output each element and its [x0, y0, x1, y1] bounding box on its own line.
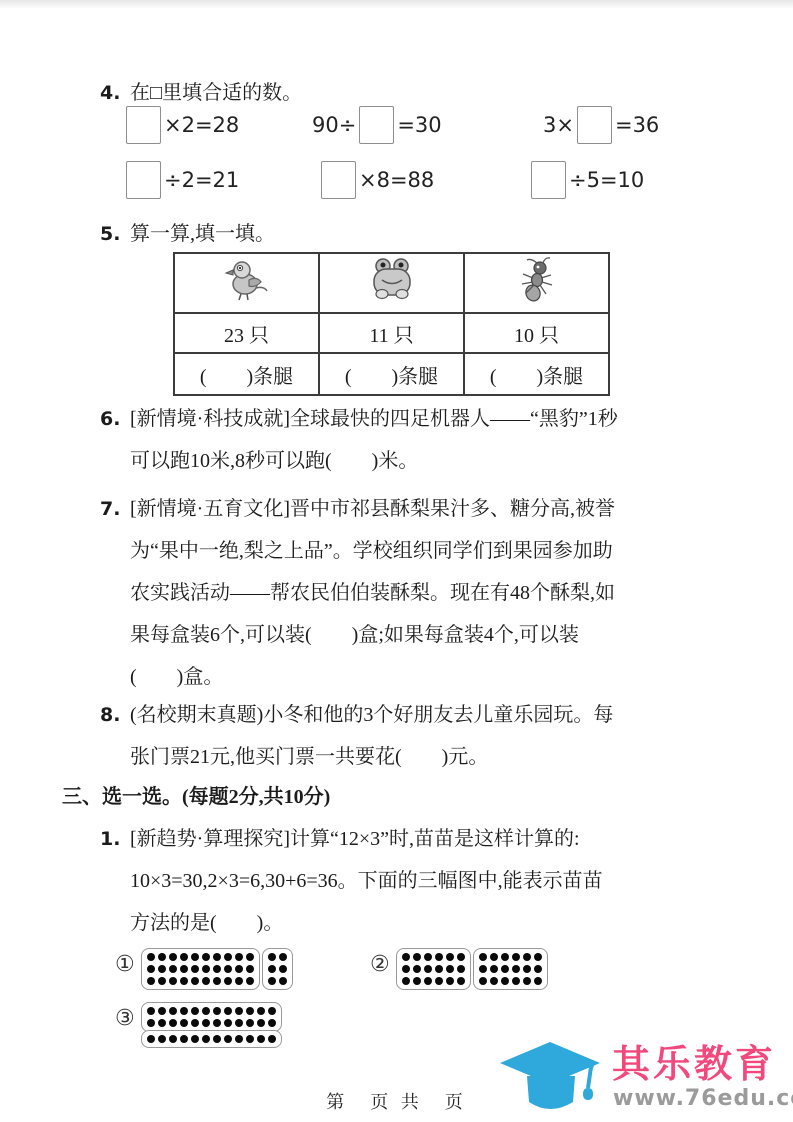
equation-6: ÷5=10 — [528, 161, 644, 199]
question-8-line: (名校期末真题)小冬和他的3个好朋友去儿童乐园玩。每 — [130, 694, 740, 736]
count-bird: 23 只 — [174, 313, 319, 353]
dot-group — [141, 948, 260, 990]
choice-question-1-line: [新趋势·算理探究]计算“12×3”时,苗苗是这样计算的: — [130, 818, 740, 860]
dot — [246, 977, 254, 985]
question-8-number: 8. — [100, 694, 120, 736]
equation-1-post: ×2=28 — [164, 113, 239, 137]
dot — [235, 1019, 243, 1027]
question-7-line: 为“果中一绝,梨之上品”。学校组织同学们到果园参加助 — [130, 530, 740, 572]
dot — [268, 953, 276, 961]
dot — [446, 977, 454, 985]
answer-box — [577, 106, 612, 144]
dot — [169, 953, 177, 961]
dot — [490, 977, 498, 985]
dot — [534, 953, 542, 961]
dot — [202, 965, 210, 973]
dot — [147, 1019, 155, 1027]
dot — [169, 965, 177, 973]
dot — [246, 953, 254, 961]
dot — [213, 1007, 221, 1015]
dot — [202, 1007, 210, 1015]
option-1-dot-array: ① — [115, 948, 293, 990]
page-edge-shadow — [0, 0, 793, 9]
dot — [402, 965, 410, 973]
dot — [224, 1007, 232, 1015]
dot — [246, 965, 254, 973]
dot — [202, 1019, 210, 1027]
dot — [213, 1019, 221, 1027]
dot — [479, 965, 487, 973]
dot-group — [262, 948, 293, 990]
dot — [202, 953, 210, 961]
dot — [268, 1007, 276, 1015]
animal-legs-table: 23 只 11 只 10 只 ( )条腿 ( )条腿 ( )条腿 — [173, 252, 610, 396]
dot — [224, 965, 232, 973]
dot — [435, 965, 443, 973]
option-3-dot-array: ③ — [115, 1002, 282, 1048]
question-7-line: [新情境·五育文化]晋中市祁县酥梨果汁多、糖分高,被誉 — [130, 488, 740, 530]
answer-box — [126, 161, 161, 199]
dot — [257, 1007, 265, 1015]
dot — [180, 965, 188, 973]
dot — [147, 965, 155, 973]
equation-2-pre: 90÷ — [312, 113, 356, 137]
question-6-line: 可以跑10米,8秒可以跑( )米。 — [130, 440, 740, 482]
question-7: 7. [新情境·五育文化]晋中市祁县酥梨果汁多、糖分高,被誉 为“果中一绝,梨之… — [100, 488, 740, 698]
table-cell-bird — [174, 253, 319, 313]
dot — [191, 977, 199, 985]
legs-blank-ant: ( )条腿 — [464, 353, 609, 395]
dot — [257, 1019, 265, 1027]
dot — [523, 977, 531, 985]
dot — [435, 953, 443, 961]
dot — [479, 977, 487, 985]
question-7-line: 果每盒装6个,可以装( )盒;如果每盒装4个,可以装 — [130, 614, 740, 656]
legs-blank-bird: ( )条腿 — [174, 353, 319, 395]
frog-icon — [366, 256, 418, 304]
choice-question-1-line: 10×3=30,2×3=6,30+6=36。下面的三幅图中,能表示苗苗 — [130, 860, 740, 902]
dot — [268, 965, 276, 973]
dot — [501, 953, 509, 961]
answer-box — [531, 161, 566, 199]
dot — [235, 953, 243, 961]
dot — [457, 977, 465, 985]
dot — [169, 1035, 177, 1043]
dot — [147, 977, 155, 985]
dot — [413, 965, 421, 973]
dot — [424, 965, 432, 973]
dot — [191, 965, 199, 973]
dot — [235, 965, 243, 973]
dot — [169, 1007, 177, 1015]
dot — [224, 1035, 232, 1043]
dot — [191, 1019, 199, 1027]
dot — [213, 977, 221, 985]
dot — [158, 1035, 166, 1043]
section-3-header: 三、选一选。(每题2分,共10分) — [62, 776, 330, 818]
equation-1: ×2=28 — [123, 106, 239, 144]
dot — [202, 977, 210, 985]
dot-group — [396, 948, 471, 990]
dot — [169, 977, 177, 985]
dot — [479, 953, 487, 961]
question-6-line: [新情境·科技成就]全球最快的四足机器人——“黑豹”1秒 — [130, 398, 740, 440]
table-cell-frog — [319, 253, 464, 313]
worksheet-page: 4. 在□里填合适的数。 ×2=28 90÷ =30 3× =36 ÷2=21 … — [0, 0, 793, 1122]
choice-question-1: 1. [新趋势·算理探究]计算“12×3”时,苗苗是这样计算的: 10×3=30… — [100, 818, 740, 944]
count-frog: 11 只 — [319, 313, 464, 353]
dot-group — [141, 1002, 282, 1032]
dot — [180, 953, 188, 961]
dot — [235, 977, 243, 985]
option-2-label: ② — [370, 952, 396, 978]
answer-box — [359, 106, 394, 144]
dot — [523, 965, 531, 973]
dot — [158, 1007, 166, 1015]
dot-group — [473, 948, 548, 990]
dot — [424, 977, 432, 985]
dot — [512, 953, 520, 961]
bird-icon — [221, 256, 273, 304]
question-8-line: 张门票21元,他买门票一共要花( )元。 — [130, 736, 740, 778]
dot — [191, 1007, 199, 1015]
dot — [191, 953, 199, 961]
question-5-title: 算一算,填一填。 — [130, 213, 740, 255]
dot — [235, 1007, 243, 1015]
dot — [158, 977, 166, 985]
option-3-groups — [141, 1002, 282, 1048]
legs-blank-frog: ( )条腿 — [319, 353, 464, 395]
dot — [213, 965, 221, 973]
option-1-label: ① — [115, 952, 141, 978]
equation-3-post: =36 — [615, 113, 659, 137]
dot — [180, 977, 188, 985]
dot — [147, 953, 155, 961]
dot — [490, 953, 498, 961]
choice-question-1-number: 1. — [100, 818, 120, 860]
question-7-line: ( )盒。 — [130, 656, 740, 698]
dot — [512, 965, 520, 973]
dot — [224, 953, 232, 961]
question-8: 8. (名校期末真题)小冬和他的3个好朋友去儿童乐园玩。每 张门票21元,他买门… — [100, 694, 740, 778]
dot — [158, 965, 166, 973]
equation-4: ÷2=21 — [123, 161, 239, 199]
dot — [490, 965, 498, 973]
dot — [191, 1035, 199, 1043]
equation-2: 90÷ =30 — [312, 106, 442, 144]
dot — [402, 977, 410, 985]
dot — [413, 953, 421, 961]
dot — [424, 953, 432, 961]
equation-5: ×8=88 — [318, 161, 434, 199]
dot — [523, 953, 531, 961]
dot — [501, 965, 509, 973]
table-cell-ant — [464, 253, 609, 313]
dot — [402, 953, 410, 961]
dot — [246, 1035, 254, 1043]
dot — [158, 953, 166, 961]
logo-url-text: www.76edu.com — [613, 1086, 793, 1111]
option-1-groups — [141, 948, 293, 990]
dot — [446, 965, 454, 973]
dot — [235, 1035, 243, 1043]
graduation-cap-icon — [500, 1040, 602, 1120]
count-ant: 10 只 — [464, 313, 609, 353]
logo-brand-text: 其乐教育 — [612, 1042, 776, 1086]
equation-2-post: =30 — [397, 113, 441, 137]
dot — [180, 1007, 188, 1015]
option-2-dot-array: ② — [370, 948, 548, 990]
dot — [534, 977, 542, 985]
equation-3-pre: 3× — [543, 113, 574, 137]
answer-box — [126, 106, 161, 144]
dot — [224, 977, 232, 985]
dot — [257, 1035, 265, 1043]
answer-box — [321, 161, 356, 199]
dot — [268, 977, 276, 985]
dot — [158, 1019, 166, 1027]
question-6-number: 6. — [100, 398, 120, 440]
dot — [268, 1019, 276, 1027]
equation-3: 3× =36 — [543, 106, 659, 144]
question-6: 6. [新情境·科技成就]全球最快的四足机器人——“黑豹”1秒 可以跑10米,8… — [100, 398, 740, 482]
dot — [279, 965, 287, 973]
question-7-line: 农实践活动——帮农民伯伯装酥梨。现在有48个酥梨,如 — [130, 572, 740, 614]
question-4-number: 4. — [100, 72, 120, 114]
dot — [213, 953, 221, 961]
dot — [279, 953, 287, 961]
question-7-number: 7. — [100, 488, 120, 530]
equation-6-post: ÷5=10 — [569, 168, 644, 192]
dot — [413, 977, 421, 985]
dot — [246, 1019, 254, 1027]
dot — [501, 977, 509, 985]
dot — [180, 1035, 188, 1043]
dot — [213, 1035, 221, 1043]
option-3-label: ③ — [115, 1006, 141, 1032]
question-5-number: 5. — [100, 213, 120, 255]
dot — [512, 977, 520, 985]
ant-icon — [511, 256, 563, 304]
dot — [268, 1035, 276, 1043]
dot — [202, 1035, 210, 1043]
dot — [147, 1035, 155, 1043]
dot — [534, 965, 542, 973]
dot — [446, 953, 454, 961]
dot — [435, 977, 443, 985]
dot — [457, 965, 465, 973]
dot — [224, 1019, 232, 1027]
dot — [180, 1019, 188, 1027]
dot — [169, 1019, 177, 1027]
choice-question-1-line: 方法的是( )。 — [130, 902, 740, 944]
option-2-groups — [396, 948, 548, 990]
dot — [147, 1007, 155, 1015]
dot-group — [141, 1030, 282, 1048]
dot — [457, 953, 465, 961]
equation-5-post: ×8=88 — [359, 168, 434, 192]
dot — [279, 977, 287, 985]
equation-4-post: ÷2=21 — [164, 168, 239, 192]
dot — [246, 1007, 254, 1015]
question-5: 5. 算一算,填一填。 — [100, 213, 740, 255]
